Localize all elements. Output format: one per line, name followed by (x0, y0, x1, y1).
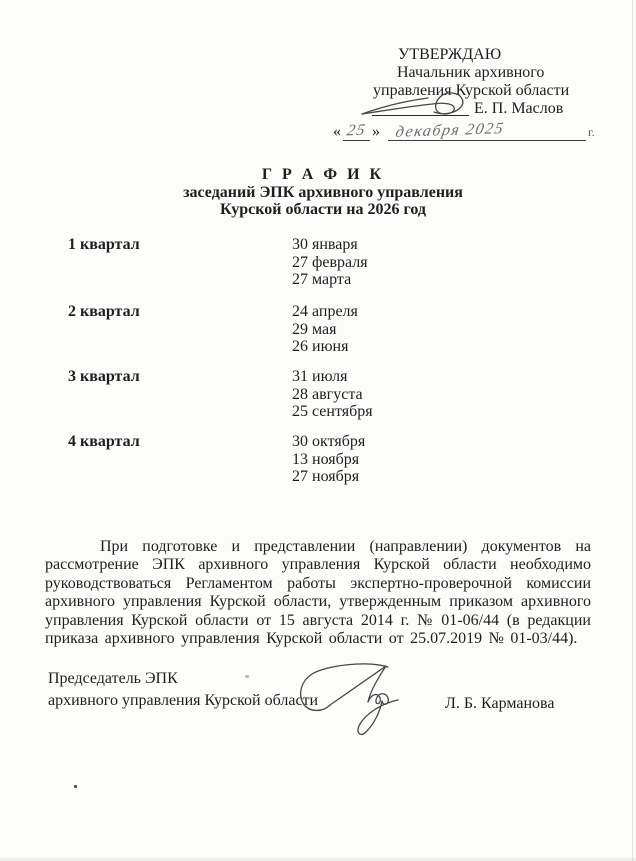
meeting-date: 30 января (292, 236, 368, 254)
chairman-name: Л. Б. Карманова (445, 695, 554, 713)
meeting-date: 27 ноября (292, 468, 365, 486)
note-paragraph: При подготовке и представлении (направле… (45, 538, 591, 648)
signature-line (372, 99, 469, 116)
handwritten-day-underline: 25 (343, 122, 370, 141)
document-title: Г Р А Ф И К заседаний ЭПК архивного упра… (0, 166, 636, 219)
meeting-date: 24 апреля (292, 303, 358, 321)
meeting-date: 26 июня (292, 338, 358, 356)
meeting-date: 25 сентября (292, 403, 373, 421)
approver-position-line1: Начальник архивного (397, 64, 544, 82)
handwritten-day: 25 (345, 122, 367, 141)
meeting-date: 27 февраля (292, 254, 368, 272)
meeting-date: 29 мая (292, 321, 358, 339)
meeting-date: 27 марта (292, 271, 368, 289)
approval-date-line: « 25 » декабря 2025 г. (333, 119, 595, 141)
handwritten-month-year: декабря 2025 (394, 120, 506, 142)
title-line1: Г Р А Ф И К (0, 166, 636, 184)
karmanova-signature (270, 650, 440, 750)
quarter-label: 1 квартал (68, 236, 140, 254)
document-page: УТВЕРЖДАЮ Начальник архивного управления… (0, 0, 636, 861)
quarter-label: 3 квартал (68, 368, 140, 386)
quarter-label: 4 квартал (68, 433, 140, 451)
quarter-dates: 30 октября 13 ноября 27 ноября (292, 433, 365, 486)
scan-speck (74, 785, 77, 788)
meeting-date: 30 октября (292, 433, 365, 451)
quarter-dates: 24 апреля 29 мая 26 июня (292, 303, 358, 356)
handwritten-month-underline: декабря 2025 (388, 122, 586, 141)
scan-edge-line (632, 0, 633, 861)
chairman-position-line1: Председатель ЭПК (48, 670, 178, 688)
close-quote-mark: » (372, 123, 380, 141)
date-year-suffix: г. (588, 125, 595, 141)
title-line3: Курской области на 2026 год (0, 201, 636, 219)
quarter-dates: 31 июля 28 августа 25 сентября (292, 368, 373, 421)
approval-word: УТВЕРЖДАЮ (398, 46, 501, 64)
approver-name: Е. П. Маслов (474, 100, 563, 118)
quarter-dates: 30 января 27 февраля 27 марта (292, 236, 368, 289)
meeting-date: 13 ноября (292, 451, 365, 469)
open-quote-mark: « (333, 123, 341, 141)
meeting-date: 31 июля (292, 368, 373, 386)
scan-speck (245, 675, 249, 678)
meeting-date: 28 августа (292, 386, 373, 404)
title-line2: заседаний ЭПК архивного управления (0, 184, 636, 202)
quarter-label: 2 квартал (68, 303, 140, 321)
